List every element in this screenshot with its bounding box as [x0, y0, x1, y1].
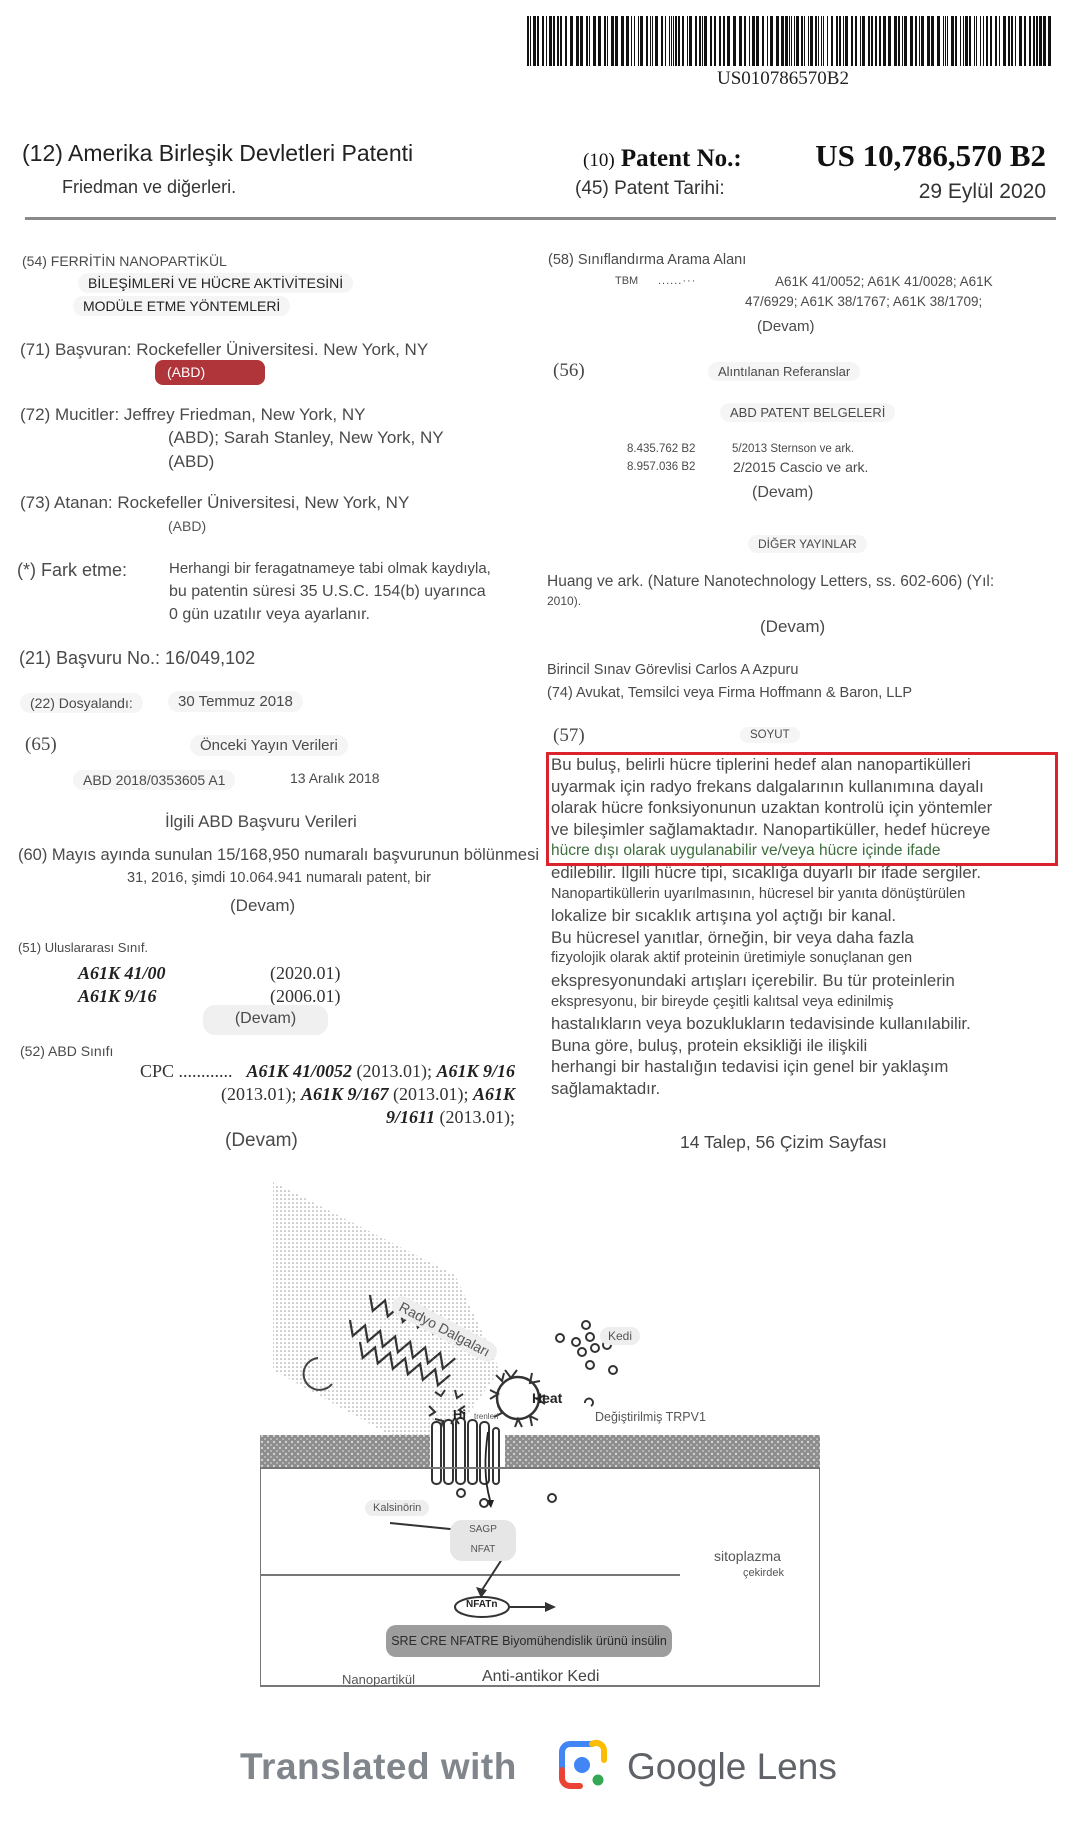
barcode-number: US010786570B2	[717, 68, 849, 90]
google-lens-brand: Google Lens	[627, 1746, 837, 1788]
other-publication-year: 2010).	[547, 594, 581, 608]
cell-membrane-right	[505, 1435, 820, 1468]
field-58-dots: ......···	[658, 275, 696, 287]
field-72-inventors-line2: (ABD); Sarah Stanley, New York, NY	[168, 428, 444, 448]
field-54-title-line3: MODÜLE ETME YÖNTEMLERİ	[73, 296, 290, 316]
disclaimer-line: bu patentin süresi 35 U.S.C. 154(b) uyar…	[169, 583, 486, 601]
class-code: A61K 9/16	[78, 986, 157, 1007]
field-56-title: Alıntılanan Referanslar	[708, 362, 860, 381]
field-65-date: 13 Aralık 2018	[290, 770, 380, 786]
abstract-line: lokalize bir sıcaklık artışına yol açtığ…	[551, 905, 1061, 927]
class-year: (2020.01)	[270, 963, 341, 984]
other-publication: Huang ve ark. (Nature Nanotechnology Let…	[547, 573, 994, 591]
cpc-code: A61K 9/167	[301, 1084, 389, 1104]
label-cytoplasm: sitoplazma	[710, 1548, 785, 1564]
field-22-filed-label: (22) Dosyalandı:	[20, 693, 143, 713]
label-his-small: trenleri	[474, 1412, 498, 1421]
patent-number-label: (10) Patent No.:	[583, 145, 742, 173]
patent-date-value: 29 Eylül 2020	[919, 180, 1046, 204]
field-21-application-no: (21) Başvuru No.: 16/049,102	[19, 648, 255, 669]
field-71-applicant: (71) Başvuran: Rockefeller Üniversitesi.…	[20, 340, 428, 360]
abstract-line: Bu hücresel yanıtlar, örneğin, bir veya …	[551, 927, 1061, 949]
abstract-line: Buna göre, buluş, protein eksikliği ile …	[551, 1035, 1061, 1057]
label-legend-antibody: Anti-antikor Kedi	[482, 1668, 599, 1686]
translated-with-text: Translated with	[240, 1746, 517, 1788]
label-his: Hitrenleri	[453, 1407, 498, 1422]
field-72-inventors: (72) Mucitler: Jeffrey Friedman, New Yor…	[20, 405, 365, 425]
field-56-number: (56)	[553, 360, 585, 382]
label-promoter: SRE CRE NFATRE Biyomühendislik ürünü ins…	[386, 1625, 672, 1657]
abstract-line: ekspresyonu, bir bireyde çeşitli kalıtsa…	[551, 992, 1061, 1014]
disclaimer-label: (*) Fark etme:	[17, 560, 127, 581]
cpc-code: A61K 41/0052	[246, 1061, 352, 1081]
claims-summary: 14 Talep, 56 Çizim Sayfası	[680, 1132, 887, 1153]
primary-examiner: Birincil Sınav Görevlisi Carlos A Azpuru	[547, 662, 798, 678]
cpc-line: CPC ............A61K 41/0052 (2013.01); …	[140, 1061, 515, 1082]
applicant-country-badge: (ABD)	[155, 360, 265, 385]
class-year: (2006.01)	[270, 986, 341, 1007]
label-his-text: Hi	[453, 1407, 466, 1422]
label-calcineurin: Kalsinörin	[365, 1500, 429, 1516]
patent-number-value: US 10,786,570 B2	[815, 138, 1046, 174]
cpc-prefix: CPC ............	[140, 1061, 233, 1081]
class-code: A61K 41/00	[78, 963, 166, 984]
cpc-code: A61K 9/16	[436, 1061, 515, 1081]
label-trpv1: Değiştirilmiş TRPV1	[595, 1410, 706, 1424]
field-58-label: (58) Sınıflandırma Arama Alanı	[548, 252, 746, 268]
cell-membrane-left	[260, 1435, 430, 1468]
continued-label: (Devam)	[757, 318, 815, 335]
field-60-line: 31, 2016, şimdi 10.064.941 numaralı pate…	[127, 870, 431, 886]
abstract-line: hastalıkların veya bozuklukların tedavis…	[551, 1013, 1061, 1035]
calcium-dots	[457, 1489, 556, 1507]
disclaimer-line: 0 gün uzatılır veya ayarlanır.	[169, 606, 370, 624]
cpc-year: (2013.01);	[388, 1084, 473, 1104]
patent-number-text: Patent No.:	[621, 145, 742, 172]
patent-date-label: (45) Patent Tarihi:	[575, 178, 725, 200]
related-data-title: İlgili ABD Başvuru Verileri	[165, 812, 357, 832]
reference-number: 8.435.762 B2	[627, 443, 695, 455]
continued-label: (Devam)	[230, 896, 295, 916]
sagp-nfat-complex: SAGP NFAT	[450, 1520, 516, 1561]
cpc-year: (2013.01);	[435, 1107, 515, 1127]
document-title: (12) Amerika Birleşik Devletleri Patenti	[22, 140, 413, 167]
label-legend-nanoparticle: Nanopartikül	[342, 1672, 415, 1687]
abstract-line: sağlamaktadır.	[551, 1078, 1061, 1100]
other-publications-title: DİĞER YAYINLAR	[748, 535, 867, 553]
abstract-line: herhangi bir hastalığın tedavisi için ge…	[551, 1056, 1061, 1078]
cpc-line: (2013.01); A61K 9/167 (2013.01); A61K	[221, 1084, 515, 1105]
disclaimer-line: Herhangi bir feragatnameye tabi olmak ka…	[169, 560, 491, 577]
label-nucleus: çekirdek	[739, 1567, 788, 1579]
cpc-code: A61K	[473, 1084, 515, 1104]
field-58-line: A61K 41/0052; A61K 41/0028; A61K	[775, 274, 993, 289]
field-57-number: (57)	[553, 725, 585, 747]
label-sagp: SAGP	[450, 1520, 516, 1540]
field-58-line: 47/6929; A61K 38/1767; A61K 38/1709;	[745, 294, 982, 309]
field-22-filed-value: 30 Temmuz 2018	[168, 691, 303, 712]
inventors-short: Friedman ve diğerleri.	[62, 177, 236, 198]
field-58-cpc: TBM	[615, 275, 638, 287]
field-65-publication: ABD 2018/0353605 A1	[73, 770, 235, 790]
label-nfat: NFAT	[450, 1540, 516, 1560]
field-60-line: (60) Mayıs ayında sunulan 15/168,950 num…	[18, 846, 539, 865]
google-lens-icon	[556, 1738, 610, 1792]
field-73-assignee-country: (ABD)	[168, 518, 206, 534]
label-nfatn: NFATn	[466, 1599, 497, 1610]
field-54-title: (54) FERRİTİN NANOPARTİKÜL	[22, 253, 227, 269]
label-ligand: Kedi	[600, 1327, 640, 1345]
cpc-line: 9/1611 (2013.01);	[386, 1107, 515, 1128]
abstract-line: Nanopartiküllerin uyarılmasının, hücrese…	[551, 884, 1061, 906]
field-72-inventors-line3: (ABD)	[168, 452, 214, 472]
abstract-line: ekspresyonundaki artışları içerebilir. B…	[551, 970, 1061, 992]
field-54-title-line2: BİLEŞİMLERİ VE HÜCRE AKTİVİTESİNİ	[78, 273, 353, 293]
us-patent-documents-title: ABD PATENT BELGELERİ	[720, 403, 895, 422]
label-heat: Heat	[532, 1390, 562, 1406]
patent-number-code: (10)	[583, 150, 615, 171]
figure-drawing	[260, 1170, 820, 1690]
cpc-year: (2013.01);	[221, 1084, 301, 1104]
abstract-title: SOYUT	[740, 727, 800, 743]
barcode	[525, 16, 1055, 66]
continued-label: (Devam)	[752, 484, 813, 502]
abstract-highlight-box	[546, 752, 1058, 866]
cpc-year: (2013.01);	[352, 1061, 437, 1081]
field-52-label: (52) ABD Sınıfı	[20, 1043, 113, 1059]
cpc-code: 9/1611	[386, 1107, 435, 1127]
continued-label: (Devam)	[225, 1130, 298, 1152]
reference-text: 2/2015 Cascio ve ark.	[733, 459, 868, 475]
abstract-line: fizyolojik olarak aktif proteinin üretim…	[551, 948, 1061, 970]
field-51-label: (51) Uluslararası Sınıf.	[18, 940, 148, 955]
field-65-title: Önceki Yayın Verileri	[190, 735, 348, 756]
reference-text: 5/2013 Sternson ve ark.	[732, 443, 854, 455]
continued-label: (Devam)	[203, 1005, 328, 1035]
reference-number: 8.957.036 B2	[627, 461, 695, 473]
patent-figure: Radyo Dalgaları Kedi Heat Hitrenleri Değ…	[260, 1170, 820, 1690]
header-divider	[25, 217, 1056, 220]
field-73-assignee: (73) Atanan: Rockefeller Üniversitesi, N…	[20, 493, 409, 513]
attorney-agent: (74) Avukat, Temsilci veya Firma Hoffman…	[547, 685, 912, 701]
field-65-number: (65)	[25, 734, 57, 756]
continued-label: (Devam)	[760, 617, 825, 637]
